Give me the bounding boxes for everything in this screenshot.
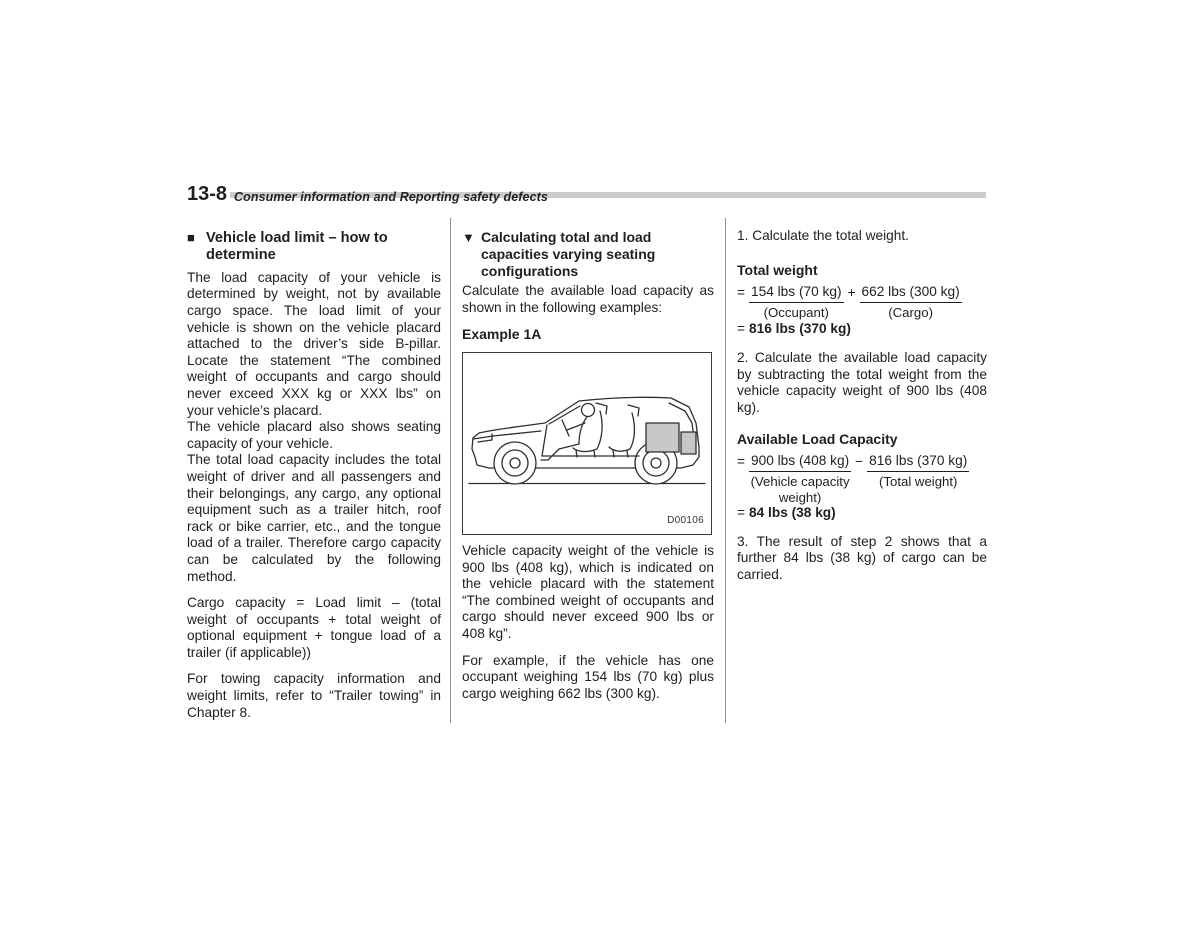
occupant-term: 154 lbs (70 kg) (Occupant) (749, 284, 844, 321)
step-2: 2. Calculate the available load capacity… (737, 350, 987, 416)
equals-sign: = (737, 453, 745, 471)
section-heading-text: Vehicle load limit – how to determine (206, 230, 388, 263)
vehicle-illustration (463, 353, 711, 534)
example-label: Example 1A (462, 326, 714, 343)
figure-code: D00106 (667, 513, 704, 530)
subsection-heading: ▼Calculating total and load capacities v… (462, 229, 714, 279)
vehicle-capacity-term: 900 lbs (408 kg) (Vehicle capacity weigh… (749, 453, 851, 505)
body-paragraph: The load capacity of your vehicle is det… (187, 270, 441, 419)
section-heading: ■Vehicle load limit – how to determine (187, 229, 441, 265)
step-3: 3. The result of step 2 shows that a fur… (737, 534, 987, 584)
available-load-capacity-equation: = 900 lbs (408 kg) (Vehicle capacity wei… (737, 453, 987, 505)
total-weight-heading: Total weight (737, 262, 987, 279)
available-load-capacity-formula: Available Load Capacity = 900 lbs (408 k… (737, 431, 987, 522)
cargo-term: 662 lbs (300 kg) (Cargo) (860, 284, 962, 321)
column-divider-right (725, 218, 726, 723)
middle-column: ▼Calculating total and load capacities v… (462, 228, 714, 702)
left-column: ■Vehicle load limit – how to determine T… (187, 228, 441, 721)
right-column: 1. Calculate the total weight. Total wei… (737, 228, 987, 584)
total-weight-equation: = 154 lbs (70 kg) (Occupant) + 662 lbs (… (737, 284, 987, 321)
body-paragraph: Vehicle capacity weight of the vehicle i… (462, 543, 714, 643)
column-divider-left (450, 218, 451, 723)
cargo-capacity-formula-paragraph: Cargo capacity = Load limit – (total wei… (187, 595, 441, 661)
page-number: 13-8 (187, 183, 227, 206)
body-paragraph: Calculate the available load capacity as… (462, 283, 714, 316)
header-title: Consumer information and Reporting safet… (234, 190, 548, 204)
manual-page: 13-8 Consumer information and Reporting … (0, 0, 1200, 927)
body-paragraph: For example, if the vehicle has one occu… (462, 653, 714, 703)
step-1: 1. Calculate the total weight. (737, 228, 987, 245)
minus-sign: − (855, 453, 863, 471)
total-weight-result: =816 lbs (370 kg) (737, 321, 987, 338)
available-load-capacity-heading: Available Load Capacity (737, 431, 987, 448)
down-triangle-icon: ▼ (462, 230, 475, 246)
available-load-capacity-result: =84 lbs (38 kg) (737, 505, 987, 522)
towing-reference-paragraph: For towing capacity information and weig… (187, 671, 441, 721)
plus-sign: + (848, 284, 856, 302)
body-paragraph: The vehicle placard also shows seating c… (187, 419, 441, 452)
body-paragraph: The total load capacity includes the tot… (187, 452, 441, 585)
figure-frame: D00106 (462, 352, 712, 535)
square-bullet-icon: ■ (187, 229, 200, 246)
total-weight-term: 816 lbs (370 kg) (Total weight) (867, 453, 969, 490)
subsection-heading-text: Calculating total and load capacities va… (481, 229, 655, 279)
total-weight-formula: Total weight = 154 lbs (70 kg) (Occupant… (737, 262, 987, 338)
equals-sign: = (737, 284, 745, 302)
